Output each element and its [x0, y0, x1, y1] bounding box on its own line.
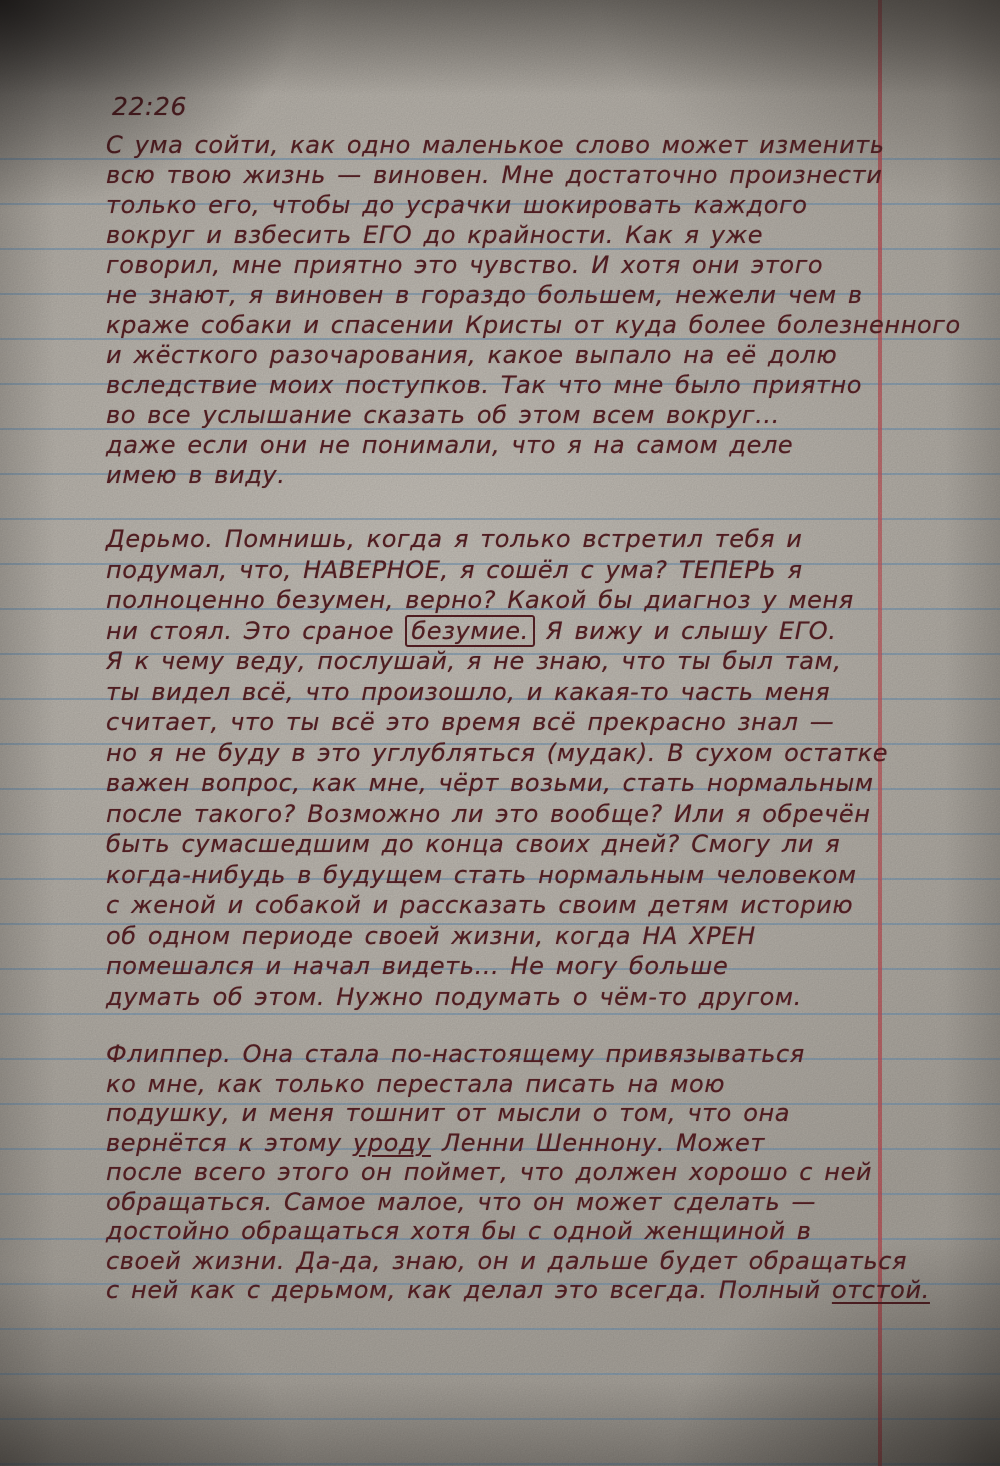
handwritten-line: подумал, что, НАВЕРНОЕ, я сошёл с ума? Т…: [106, 555, 906, 586]
paragraph-guilty-word: С ума сойти, как одно маленькое слово мо…: [106, 130, 906, 490]
handwritten-line: краже собаки и спасении Кристы от куда б…: [106, 310, 906, 340]
handwritten-line: вследствие моих поступков. Так что мне б…: [106, 370, 906, 400]
handwritten-line: но я не буду в это углубляться (мудак). …: [106, 738, 906, 769]
handwritten-line: когда-нибудь в будущем стать нормальным …: [106, 860, 906, 891]
handwritten-line: подушку, и меня тошнит от мысли о том, ч…: [106, 1099, 906, 1129]
handwritten-line: во все услышание сказать об этом всем во…: [106, 400, 906, 430]
handwritten-line: обращаться. Самое малое, что он может сд…: [106, 1188, 906, 1218]
handwritten-line: ты видел всё, что произошло, и какая-то …: [106, 677, 906, 708]
handwritten-line: после такого? Возможно ли это вообще? Ил…: [106, 799, 906, 830]
handwritten-line: ни стоял. Это сраное безумие. Я вижу и с…: [106, 616, 906, 647]
paragraph-flipper: Флиппер. Она стала по-настоящему привязы…: [106, 1040, 906, 1306]
handwritten-line: вокруг и взбесить ЕГО до крайности. Как …: [106, 220, 906, 250]
handwritten-line: с женой и собакой и рассказать своим дет…: [106, 890, 906, 921]
handwritten-line: Флиппер. Она стала по-настоящему привязы…: [106, 1040, 906, 1070]
handwritten-line: считает, что ты всё это время всё прекра…: [106, 707, 906, 738]
handwritten-line: имею в виду.: [106, 460, 906, 490]
handwritten-line: Я к чему веду, послушай, я не знаю, что …: [106, 646, 906, 677]
handwritten-line: помешался и начал видеть... Не могу боль…: [106, 951, 906, 982]
handwritten-line: не знают, я виновен в гораздо большем, н…: [106, 280, 906, 310]
annotated-word-underlined: отстой.: [832, 1276, 930, 1304]
annotated-word-boxed: безумие.: [405, 615, 534, 647]
handwritten-line: ко мне, как только перестала писать на м…: [106, 1070, 906, 1100]
handwritten-line: Дерьмо. Помнишь, когда я только встретил…: [106, 524, 906, 555]
annotated-word-underlined: уроду: [353, 1129, 431, 1157]
handwritten-line: об одном периоде своей жизни, когда НА Х…: [106, 921, 906, 952]
journal-page: { "page": { "type": "handwritten-journal…: [0, 0, 1000, 1466]
paragraph-madness: Дерьмо. Помнишь, когда я только встретил…: [106, 524, 906, 1012]
handwritten-line: достойно обращаться хотя бы с одной женщ…: [106, 1217, 906, 1247]
handwritten-line: полноценно безумен, верно? Какой бы диаг…: [106, 585, 906, 616]
handwritten-line: вернётся к этому уроду Ленни Шеннону. Мо…: [106, 1129, 906, 1159]
handwritten-line: говорил, мне приятно это чувство. И хотя…: [106, 250, 906, 280]
handwritten-line: только его, чтобы до усрачки шокировать …: [106, 190, 906, 220]
handwritten-line: думать об этом. Нужно подумать о чём-то …: [106, 982, 906, 1013]
handwritten-line: С ума сойти, как одно маленькое слово мо…: [106, 130, 906, 160]
handwritten-line: даже если они не понимали, что я на само…: [106, 430, 906, 460]
handwritten-line: важен вопрос, как мне, чёрт возьми, стат…: [106, 768, 906, 799]
handwritten-line: и жёсткого разочарования, какое выпало н…: [106, 340, 906, 370]
timestamp: 22:26: [112, 92, 187, 121]
handwritten-line: после всего этого он поймет, что должен …: [106, 1158, 906, 1188]
handwritten-line: всю твою жизнь — виновен. Мне достаточно…: [106, 160, 906, 190]
handwritten-line: с ней как с дерьмом, как делал это всегд…: [106, 1276, 906, 1306]
handwritten-line: своей жизни. Да-да, знаю, он и дальше бу…: [106, 1247, 906, 1277]
handwritten-line: быть сумасшедшим до конца своих дней? См…: [106, 829, 906, 860]
